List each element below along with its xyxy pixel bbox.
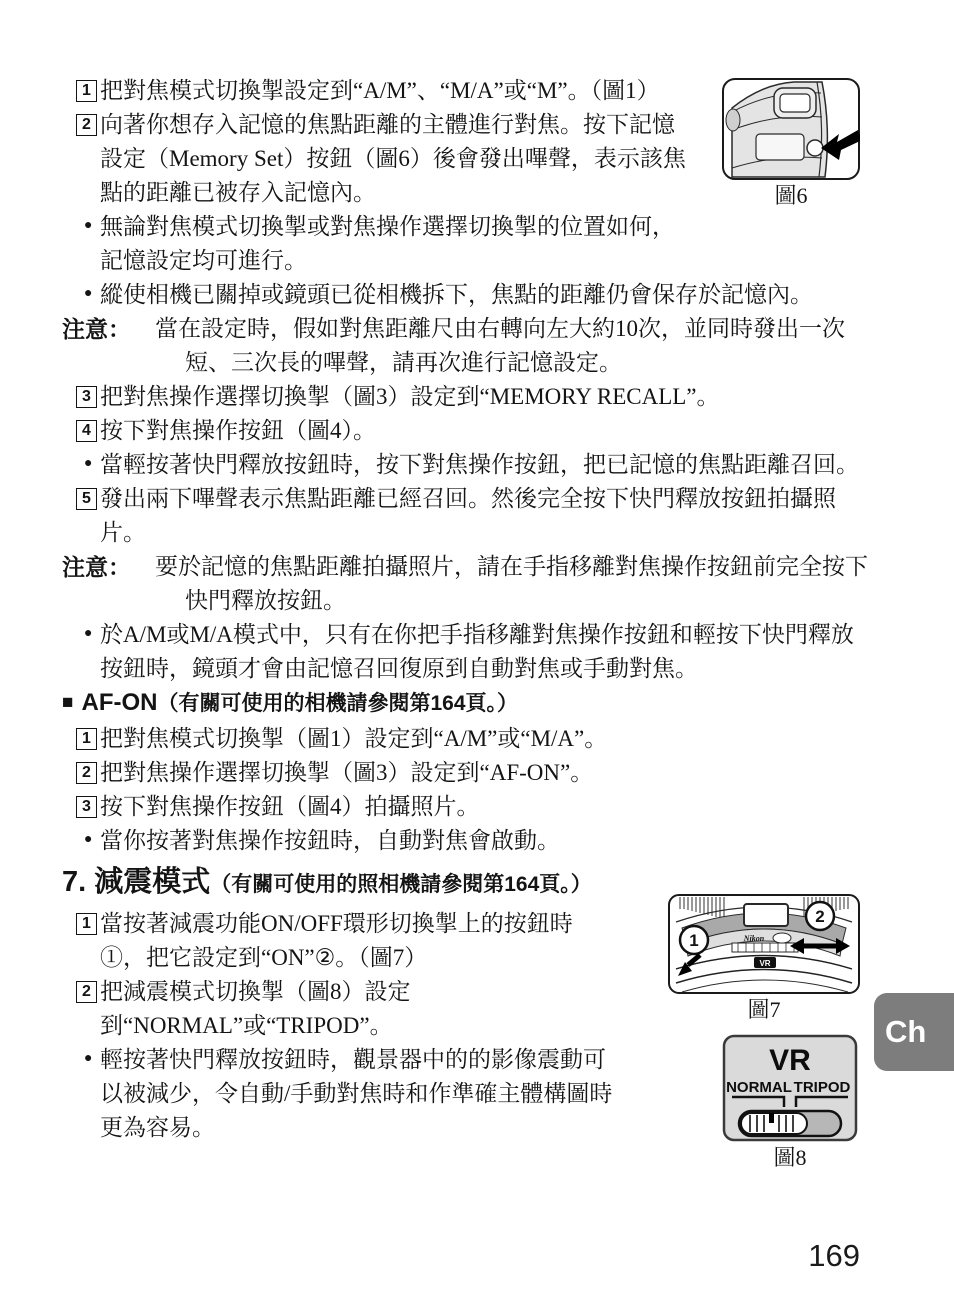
vr-bullet-1: ● 輕按著快門釋放按鈕時，觀景器中的的影像震動可以被減少，令自動/手動對焦時和作… (62, 1043, 874, 1145)
bullet-text: 無論對焦模式切換掣或對焦操作選擇切換掣的位置如何，記憶設定均可進行。 (100, 214, 675, 273)
step-number-box: 3 (76, 796, 97, 818)
note-text: 當在設定時，假如對焦距離尺由右轉向左大約10次，並同時發出一次短、三次長的嗶聲，… (155, 316, 845, 375)
step-text: 把對焦模式切換掣（圖1）設定到“A/M”或“M/A”。 (100, 726, 607, 751)
af-on-section-header: ■AF-ON（有關可使用的相機請參閱第164頁。） (62, 686, 874, 722)
memory-bullet-2: ● 縱使相機已關掉或鏡頭已從相機拆下，焦點的距離仍會保存於記憶內。 (62, 278, 874, 312)
step-text: 按下對焦操作按鈕（圖4）拍攝照片。 (100, 794, 480, 819)
memory-note-1: 注意： 當在設定時，假如對焦距離尺由右轉向左大約10次，並同時發出一次短、三次長… (62, 312, 874, 380)
step-text: 把對焦操作選擇切換掣（圖3）設定到“MEMORY RECALL”。 (100, 384, 720, 409)
page-number: 169 (808, 1238, 860, 1274)
manual-page: 圖6 1 把對焦模式切換掣設定到“A/M”、“M/A”或“M”。（圖1） 2 向… (0, 0, 954, 1311)
memory-step-1: 1 把對焦模式切換掣設定到“A/M”、“M/A”或“M”。（圖1） (62, 74, 874, 108)
afon-step-3: 3 按下對焦操作按鈕（圖4）拍攝照片。 (62, 790, 874, 824)
afon-step-2: 2 把對焦操作選擇切換掣（圖3）設定到“AF-ON”。 (62, 756, 874, 790)
bullet-icon: ● (84, 277, 92, 311)
figure-8-caption: 圖8 (722, 1144, 858, 1172)
step-text: 按下對焦操作按鈕（圖4）。 (100, 418, 376, 443)
step-number-box: 3 (76, 386, 97, 408)
bullet-text: 輕按著快門釋放按鈕時，觀景器中的的影像震動可以被減少，令自動/手動對焦時和作準確… (100, 1047, 612, 1140)
bullet-icon: ● (84, 617, 92, 651)
memory-step-5: 5 發出兩下嗶聲表示焦點距離已經召回。然後完全按下快門釋放按鈕拍攝照片。 (62, 482, 874, 550)
step-number-box: 2 (76, 981, 97, 1003)
step-text: 向著你想存入記憶的焦點距離的主體進行對焦。按下記憶設定（Memory Set）按… (100, 112, 686, 205)
afon-bullet-1: ● 當你按著對焦操作按鈕時，自動對焦會啟動。 (62, 824, 874, 858)
language-tab-ch: Ch (874, 993, 954, 1071)
bullet-icon: ● (84, 823, 92, 857)
af-on-title: AF-ON (81, 689, 157, 716)
bullet-text: 縱使相機已關掉或鏡頭已從相機拆下，焦點的距離仍會保存於記憶內。 (100, 282, 813, 307)
step-text: 把對焦操作選擇切換掣（圖3）設定到“AF-ON”。 (100, 760, 593, 785)
note-text: 要於記憶的焦點距離拍攝照片，請在手指移離對焦操作按鈕前完全按下快門釋放按鈕。 (155, 554, 868, 613)
step-number-box: 1 (76, 913, 97, 935)
step-number-box: 1 (76, 728, 97, 750)
step-text: 把減震模式切換掣（圖8）設定到“NORMAL”或“TRIPOD”。 (100, 979, 411, 1038)
step-number-box: 5 (76, 488, 97, 510)
bullet-icon: ● (84, 209, 92, 243)
bullet-text: 當你按著對焦操作按鈕時，自動對焦會啟動。 (100, 828, 560, 853)
memory-step-3: 3 把對焦操作選擇切換掣（圖3）設定到“MEMORY RECALL”。 (62, 380, 874, 414)
bullet-text: 於A/M或M/A模式中，只有在你把手指移離對焦操作按鈕和輕按下快門釋放按鈕時，鏡… (100, 622, 854, 681)
step-number-box: 2 (76, 762, 97, 784)
vr-section-title: 7. 減震模式 (62, 866, 210, 898)
bullet-icon: ● (84, 447, 92, 481)
memory-note-2: 注意： 要於記憶的焦點距離拍攝照片，請在手指移離對焦操作按鈕前完全按下快門釋放按… (62, 550, 874, 618)
af-on-title-note: （有關可使用的相機請參閱第164頁。） (157, 692, 518, 715)
step-text: 當按著減震功能ON/OFF環形切換掣上的按鈕時①，把它設定到“ON”②。（圖7） (100, 911, 573, 970)
step-number-box: 1 (76, 80, 97, 102)
step-text: 發出兩下嗶聲表示焦點距離已經召回。然後完全按下快門釋放按鈕拍攝照片。 (100, 486, 836, 545)
step-number-box: 2 (76, 114, 97, 136)
vr-section-title-note: （有關可使用的照相機請參閱第164頁。） (210, 873, 592, 896)
page-content: 圖6 1 把對焦模式切換掣設定到“A/M”、“M/A”或“M”。（圖1） 2 向… (62, 74, 874, 1172)
vr-step-2: 2 把減震模式切換掣（圖8）設定到“NORMAL”或“TRIPOD”。 (62, 975, 874, 1043)
memory-bullet-1: ● 無論對焦模式切換掣或對焦操作選擇切換掣的位置如何，記憶設定均可進行。 (62, 210, 874, 278)
memory-step-2: 2 向著你想存入記憶的焦點距離的主體進行對焦。按下記憶設定（Memory Set… (62, 108, 874, 210)
afon-step-1: 1 把對焦模式切換掣（圖1）設定到“A/M”或“M/A”。 (62, 722, 874, 756)
memory-bullet-3: ● 當輕按著快門釋放按鈕時，按下對焦操作按鈕，把已記憶的焦點距離召回。 (62, 448, 874, 482)
step-text: 把對焦模式切換掣設定到“A/M”、“M/A”或“M”。（圖1） (100, 78, 660, 103)
note-label: 注意： (62, 312, 131, 346)
memory-bullet-4: ● 於A/M或M/A模式中，只有在你把手指移離對焦操作按鈕和輕按下快門釋放按鈕時… (62, 618, 874, 686)
section-square-icon: ■ (62, 692, 73, 713)
step-number-box: 4 (76, 420, 97, 442)
vr-step-1: 1 當按著減震功能ON/OFF環形切換掣上的按鈕時①，把它設定到“ON”②。（圖… (62, 907, 874, 975)
bullet-icon: ● (84, 1042, 92, 1076)
memory-step-4: 4 按下對焦操作按鈕（圖4）。 (62, 414, 874, 448)
note-label: 注意： (62, 550, 131, 584)
bullet-text: 當輕按著快門釋放按鈕時，按下對焦操作按鈕，把已記憶的焦點距離召回。 (100, 452, 859, 477)
